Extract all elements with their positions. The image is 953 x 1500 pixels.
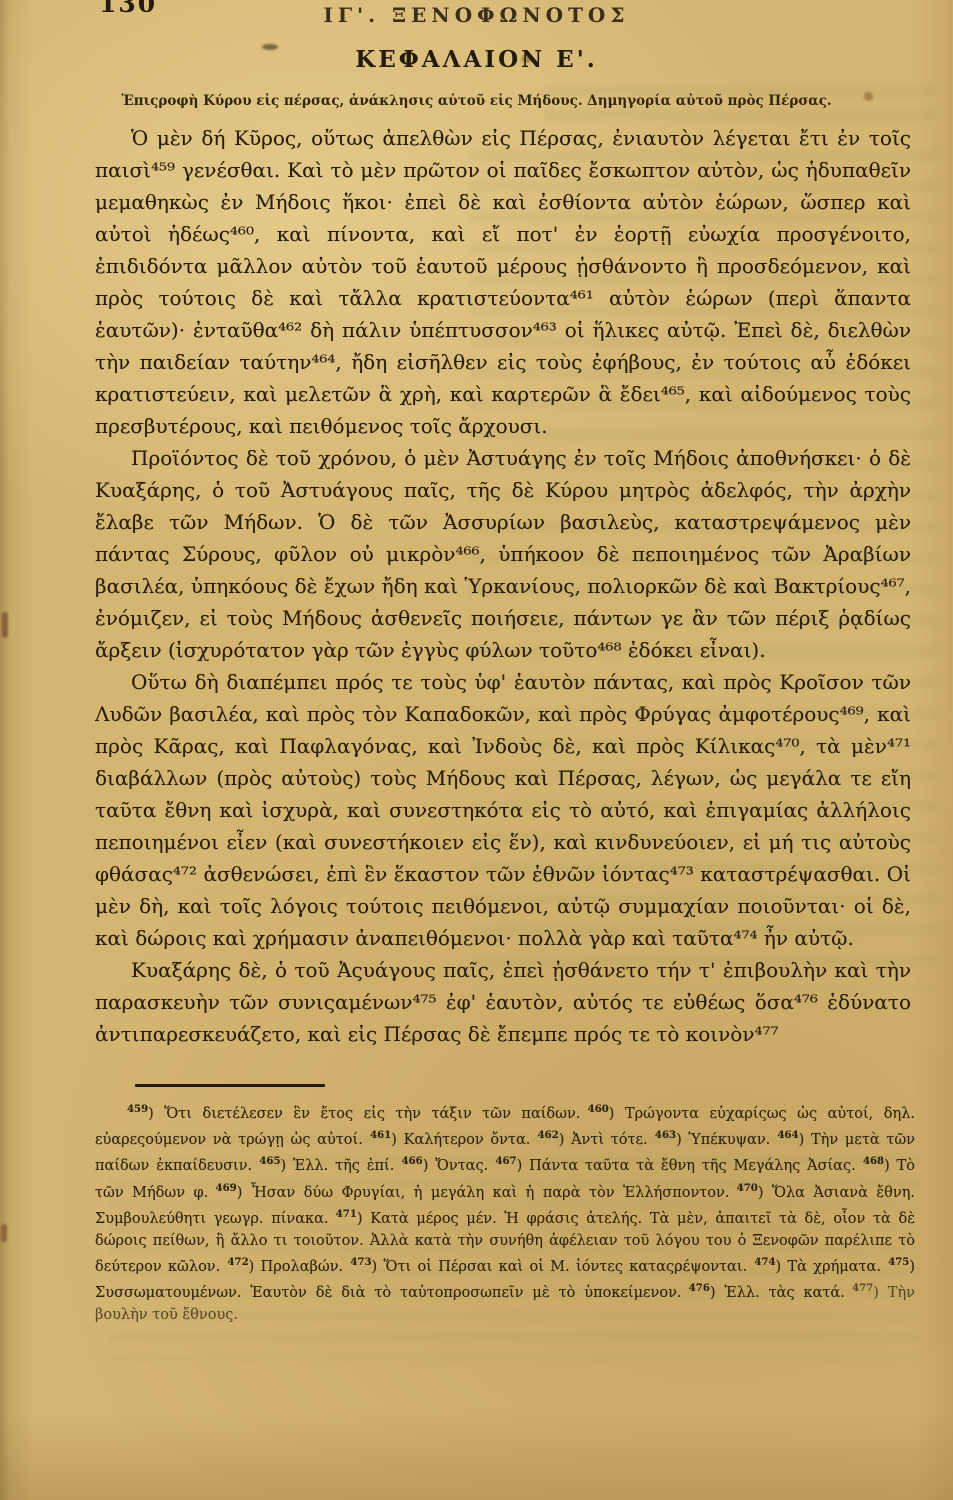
footnote-number: 461 xyxy=(370,1129,391,1141)
footnote-number: 475 xyxy=(888,1256,909,1268)
footnote-item: 466) Ὄντας. xyxy=(402,1158,496,1174)
body-paragraph: Προϊόντος δὲ τοῦ χρόνου, ὁ μὲν Ἀστυάγης … xyxy=(95,442,911,666)
page-edge-mark xyxy=(2,612,8,638)
chapter-argument: Ἐπιςροφὴ Κύρου εἰς πέρσας, ἀνάκλησις αὐτ… xyxy=(0,93,953,109)
chapter-title: ΚΕΦΑΛΑΙΟΝ Ε'. xyxy=(0,46,953,73)
footnote-number: 470 xyxy=(737,1182,758,1194)
footnote-item: 465) Ἑλλ. τῆς ἐπί. xyxy=(259,1158,401,1174)
footnote-number: 471 xyxy=(336,1208,357,1220)
footnote-item: 474) Τὰ χρήματα. xyxy=(754,1259,888,1275)
footnote-item: 467) Πάντα ταῦτα τὰ ἔθνη τῆς Μεγάλης Ἀσί… xyxy=(495,1158,863,1174)
body-paragraph: Κυαξάρης δὲ, ὁ τοῦ Ἀςυάγους παῖς, ἐπεὶ ᾐ… xyxy=(95,954,911,1050)
page-edge-mark xyxy=(1,1224,7,1242)
running-header: ΙΓ'. ΞΕΝΟΦΩΝΟΤΟΣ xyxy=(0,3,953,27)
footnote-item: 469) Ἦσαν δύω Φρυγίαι, ἡ μεγάλη καὶ ἡ πα… xyxy=(216,1185,737,1201)
body-paragraph: Ὁ μὲν δή Κῦρος, οὕτως ἀπελθὼν εἰς Πέρσας… xyxy=(95,122,911,442)
footnote-number: 468 xyxy=(863,1156,884,1168)
footnote-number: 463 xyxy=(655,1129,676,1141)
footnote-item: 459) Ὅτι διετέλεσεν ἓν ἔτος εἰς τὴν τάξι… xyxy=(127,1106,588,1122)
footnote-item: 463) Ὑπέκυψαν. xyxy=(655,1132,778,1148)
body-text: Ὁ μὲν δή Κῦρος, οὕτως ἀπελθὼν εἰς Πέρσας… xyxy=(95,122,911,1050)
footnote-item: 473) Ὅτι οἱ Πέρσαι καὶ οἱ Μ. ἰόντες κατα… xyxy=(350,1259,754,1275)
footnote-number: 472 xyxy=(227,1256,248,1268)
footnote-item: 476) Ἑλλ. τὰς κατά. xyxy=(689,1285,852,1301)
footnote-item: 461) Καλήτερον ὄντα. xyxy=(370,1132,538,1148)
footnote-separator-rule xyxy=(135,1084,325,1087)
footnote-number: 466 xyxy=(402,1156,423,1168)
footnote-number: 476 xyxy=(689,1282,710,1294)
footnote-item: 472) Προλαβών. xyxy=(227,1259,350,1275)
footnote-number: 459 xyxy=(127,1103,148,1115)
footnote-number: 462 xyxy=(538,1129,559,1141)
footnote-number: 473 xyxy=(350,1256,371,1268)
footnote-item: 462) Ἀντὶ τότε. xyxy=(538,1132,655,1148)
footnote-number: 474 xyxy=(754,1256,775,1268)
footnote-number: 469 xyxy=(216,1182,237,1194)
footnote-number: 477 xyxy=(852,1282,873,1294)
footnote-number: 465 xyxy=(259,1156,280,1168)
scanned-book-page: 130 ΙΓ'. ΞΕΝΟΦΩΝΟΤΟΣ ΚΕΦΑΛΑΙΟΝ Ε'. Ἐπιςρ… xyxy=(0,0,953,1500)
footnotes-block: 459) Ὅτι διετέλεσεν ἓν ἔτος εἰς τὴν τάξι… xyxy=(95,1099,915,1326)
footnote-number: 467 xyxy=(495,1156,516,1168)
footnote-number: 464 xyxy=(778,1129,799,1141)
footnote-number: 460 xyxy=(588,1103,609,1115)
body-paragraph: Οὕτω δὴ διαπέμπει πρός τε τοὺς ὑφ' ἑαυτὸ… xyxy=(95,666,911,954)
